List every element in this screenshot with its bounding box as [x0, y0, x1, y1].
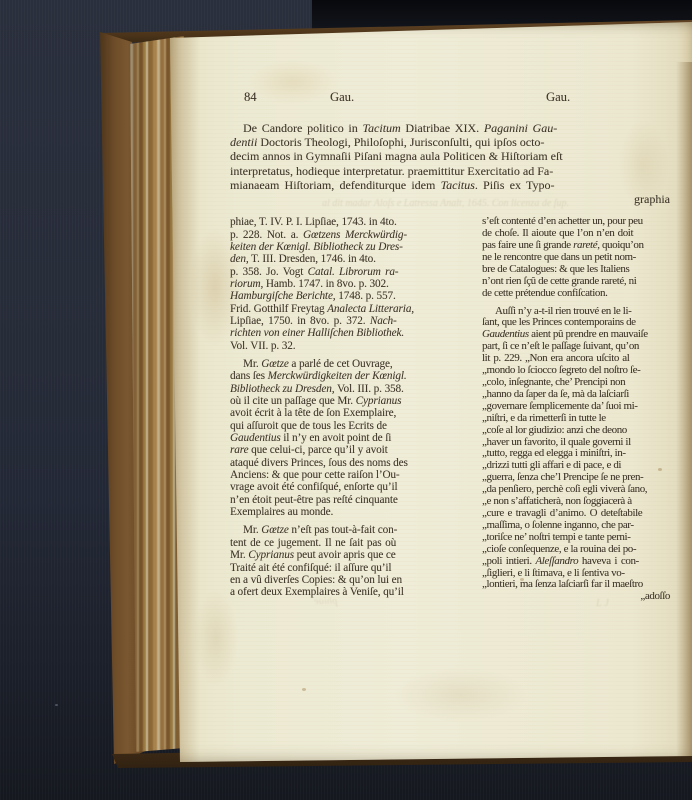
- two-column-text: phiae, T. IV. P. I. Lipſiae, 1743. in 4t…: [230, 216, 682, 603]
- paragraph: De Candore politico in Tacitum Diatribae…: [230, 121, 682, 206]
- text-line-content: Hamburgiſche Berichte, 1748. p. 557.: [230, 290, 396, 302]
- text-line-content: de cette prétendue confiſcation.: [482, 287, 607, 299]
- paragraph: Mr. Gœtze n’eſt pas tout-à-fait con-tent…: [230, 524, 470, 598]
- text-line-content: „tutto, regga ed elegga i miniſtri, in-: [482, 447, 626, 459]
- text-line-content: ſant, que les Princes contemporains de: [482, 316, 636, 328]
- text-line-content: „poli intieri. Aleſſandro haveva i con-: [482, 555, 639, 567]
- text-line: Vol. VII. p. 32.: [230, 340, 470, 352]
- text-line-content: bre de Catalogues: & que les Italiens: [482, 263, 629, 275]
- text-line-content: decim annos in Gymnaſii Piſani magna aul…: [230, 149, 563, 163]
- text-line-content: Vol. VII. p. 32.: [230, 340, 295, 352]
- text-line: dans ſes Merckwürdigkeiten der Kœnigl.: [230, 370, 470, 382]
- text-line: p. 228. Not. a. Gœtzens Merckwürdig-: [230, 229, 470, 241]
- text-line-content: Lipſiae, 1750. in 8vo. p. 372. Nach-: [230, 315, 397, 327]
- text-line: Exemplaires au monde.: [230, 506, 470, 518]
- text-line: p. 358. Jo. Vogt Catal. Librorum ra-: [230, 266, 470, 278]
- text-line: keiten der Kœnigl. Bibliotheck zu Dres-: [230, 241, 470, 253]
- text-line-content: „e non s’affaticherà, non ſoggiacerà à: [482, 495, 632, 507]
- text-line: Frid. Gotthilf Freytag Analecta Litterar…: [230, 303, 470, 315]
- text-line: Mr. Gœtze n’eſt pas tout-à-fait con-: [230, 524, 470, 536]
- text-line: Gaudentius il n’y en avoit point de ſi: [230, 432, 470, 444]
- text-line-content: lit p. 229. „Non era ancora uſcito al: [482, 352, 629, 364]
- text-line: Hamburgiſche Berichte, 1748. p. 557.: [230, 290, 470, 302]
- text-line-content: „niſtri, e da rimetterſi in tutte le: [482, 412, 606, 424]
- text-line-content: riorum, Hamb. 1747. in 8vo. p. 302.: [230, 278, 389, 290]
- text-line-content: Mr. Gœtze a parlé de cet Ouvrage,: [243, 358, 393, 370]
- text-line-content: ataqué divers Princes, ſous des noms des: [230, 457, 408, 469]
- text-line: de cette prétendue confiſcation.: [482, 288, 682, 300]
- text-line-content: „ſiglieri, e li ſtimava, e li ſentiva vo…: [482, 567, 625, 579]
- page-header: 84 Gau. Gau.: [230, 90, 682, 104]
- text-line: „adoſſo: [482, 591, 682, 603]
- text-line: tent de ce jugement. Il ne ſait pas où: [230, 537, 470, 549]
- text-line-content: en a vû diverſes Copies: & qu’on lui en: [230, 574, 402, 586]
- text-line-content: „coſe al lor giudizio: anzi che deono: [482, 424, 627, 436]
- text-line-content: s’eſt contenté d’en achetter un, pour pe…: [482, 215, 643, 227]
- text-line-content: rare que celui-ci, parce qu’il y avoit: [230, 444, 388, 456]
- text-line-content: De Candore politico in Tacitum Diatribae…: [243, 121, 557, 135]
- text-line-content: pas faire une ſi grande rareté, quoiqu’o…: [482, 239, 644, 251]
- paper-stain: [366, 656, 556, 734]
- text-line-content: dans ſes Merckwürdigkeiten der Kœnigl.: [230, 370, 407, 382]
- paragraph: s’eſt contenté d’en achetter un, pour pe…: [482, 216, 682, 299]
- text-line: dentii Doctoris Theologi, Philoſophi, Ju…: [230, 135, 682, 149]
- text-line-content: „guerra, ſenza che’l Prencipe ſe ne pren…: [482, 471, 643, 483]
- text-line-content: part, ſi ce n’eſt le paſſage ſuivant, qu…: [482, 340, 639, 352]
- text-line-content: Exemplaires au monde.: [230, 506, 333, 518]
- text-line-content: Gaudentius aient pû prendre en mauvaiſe: [482, 328, 648, 340]
- text-line-content: phiae, T. IV. P. I. Lipſiae, 1743. in 4t…: [230, 216, 397, 228]
- text-line-content: „hanno da ſaper da ſe, mà da laſciarſi: [482, 388, 629, 400]
- paragraph: phiae, T. IV. P. I. Lipſiae, 1743. in 4t…: [230, 216, 470, 352]
- text-line-content: qui aſſuroit que de tous les Ecrits de: [230, 420, 387, 432]
- paragraph: Mr. Gœtze a parlé de cet Ouvrage,dans ſe…: [230, 358, 470, 518]
- text-line: Bibliotheck zu Dresden, Vol. III. p. 358…: [230, 383, 470, 395]
- text-line-content: „governare ſemplicemente da’ ſuoi mi-: [482, 400, 638, 412]
- text-line: Anciens: & que pour cette raiſon l’Ou-: [230, 469, 470, 481]
- text-line: mianaeam Hiſtoriam, defenditurque idem T…: [230, 178, 682, 192]
- text-line: rare que celui-ci, parce qu’il y avoit: [230, 444, 470, 456]
- text-line: Traité ait été confiſqué: il aſſure qu’i…: [230, 562, 470, 574]
- text-line-content: Mr. Gœtze n’eſt pas tout-à-fait con-: [243, 524, 397, 536]
- text-line-content: interpretatus, hodieque interpretatur. p…: [230, 164, 553, 178]
- text-line-content: a ofert deux Exemplaires à Veniſe, qu’il: [230, 586, 404, 598]
- text-line-content: vrage avoit été confiſqué, enſorte qu’il: [230, 481, 397, 493]
- foxing-spot: [302, 688, 306, 691]
- text-line: qui aſſuroit que de tous les Ecrits de: [230, 420, 470, 432]
- text-line: den, T. III. Dresden, 1746. in 4to.: [230, 253, 470, 265]
- running-head-left: Gau.: [330, 90, 354, 104]
- text-line-content: tent de ce jugement. Il ne ſait pas où: [230, 537, 396, 549]
- text-line-content: de choſe. Il aioute que l’on n’en doit: [482, 227, 633, 239]
- text-line: n’en étoit peut-être pas reſté cinquante: [230, 494, 470, 506]
- text-line-content: n’en étoit peut-être pas reſté cinquante: [230, 494, 398, 506]
- intro-paragraph: De Candore politico in Tacitum Diatribae…: [230, 121, 682, 206]
- text-line-content: keiten der Kœnigl. Bibliotheck zu Dres-: [230, 241, 403, 253]
- text-line-content: où il cite un paſſage que Mr. Cyprianus: [230, 395, 401, 407]
- text-line-content: „mondo lo ſciocco ſegreto del noſtro ſe-: [482, 364, 640, 376]
- text-line-content: den, T. III. Dresden, 1746. in 4to.: [230, 253, 376, 265]
- right-column: s’eſt contenté d’en achetter un, pour pe…: [482, 216, 682, 603]
- text-line: vrage avoit été confiſqué, enſorte qu’il: [230, 481, 470, 493]
- text-line-content: „drizzi tutti gli affari e di pace, e di: [482, 459, 621, 471]
- text-line-content: Traité ait été confiſqué: il aſſure qu’i…: [230, 562, 391, 574]
- text-line-content: „haver un favorito, il quale governi il: [482, 436, 631, 448]
- text-line-content: mianaeam Hiſtoriam, defenditurque idem T…: [230, 178, 554, 192]
- text-line-content: „adoſſo: [640, 590, 670, 602]
- text-line: a ofert deux Exemplaires à Veniſe, qu’il: [230, 586, 470, 598]
- scanned-book-photo: al dit madar Aloſs e Latressa Analt, 164…: [0, 0, 692, 800]
- text-line-content: richten von einer Halliſchen Bibliothek.: [230, 327, 404, 339]
- text-line-content: „da penſiero, perchè coſi egli viverà ſa…: [482, 483, 647, 495]
- text-line: Mr. Cyprianus peut avoir apris que ce: [230, 549, 470, 561]
- text-line-content: graphia: [634, 192, 670, 206]
- text-line-content: Anciens: & que pour cette raiſon l’Ou-: [230, 469, 400, 481]
- text-line-content: Auſſi n’y a-t-il rien trouvé en le li-: [495, 305, 631, 317]
- text-line-content: p. 228. Not. a. Gœtzens Merckwürdig-: [230, 229, 407, 241]
- dust-speck: [55, 704, 58, 706]
- text-line: graphia: [230, 192, 682, 206]
- text-line-content: „cure e travagli d’animo. O deteſtabile: [482, 507, 642, 519]
- text-line: Lipſiae, 1750. in 8vo. p. 372. Nach-: [230, 315, 470, 327]
- text-line-content: „toriſce ne’ noſtri tempi e tante perni-: [482, 531, 630, 543]
- text-line: avoit écrit à la tête de ſon Exemplaire,: [230, 407, 470, 419]
- text-line: ataqué divers Princes, ſous des noms des: [230, 457, 470, 469]
- left-column: phiae, T. IV. P. I. Lipſiae, 1743. in 4t…: [230, 216, 470, 598]
- text-line-content: Mr. Cyprianus peut avoir apris que ce: [230, 549, 396, 561]
- page-text: 84 Gau. Gau. De Candore politico in Taci…: [230, 90, 682, 603]
- text-line-content: Frid. Gotthilf Freytag Analecta Litterar…: [230, 303, 414, 315]
- text-line-content: dentii Doctoris Theologi, Philoſophi, Ju…: [230, 135, 544, 149]
- text-line-content: p. 358. Jo. Vogt Catal. Librorum ra-: [230, 266, 398, 278]
- text-line-content: Bibliotheck zu Dresden, Vol. III. p. 358…: [230, 383, 404, 395]
- text-line-content: „lontieri, ma ſenza laſciarſi far il mae…: [482, 578, 643, 590]
- text-line: en a vû diverſes Copies: & qu’on lui en: [230, 574, 470, 586]
- text-line: riorum, Hamb. 1747. in 8vo. p. 302.: [230, 278, 470, 290]
- paragraph: Auſſi n’y a-t-il rien trouvé en le li-ſa…: [482, 306, 682, 604]
- text-line: phiae, T. IV. P. I. Lipſiae, 1743. in 4t…: [230, 216, 470, 228]
- page-number: 84: [244, 90, 257, 104]
- text-line: De Candore politico in Tacitum Diatribae…: [230, 121, 682, 135]
- text-line: où il cite un paſſage que Mr. Cyprianus: [230, 395, 470, 407]
- running-head-right: Gau.: [546, 90, 570, 104]
- text-line-content: „cioſe conſequenze, e la rouina dei po-: [482, 543, 636, 555]
- text-line-content: n’ont rien ſçû de cette grande rareté, n…: [482, 275, 636, 287]
- text-line-content: avoit écrit à la tête de ſon Exemplaire,: [230, 407, 396, 419]
- text-line-content: „colo, inſegnante, che’ Prencipi non: [482, 376, 625, 388]
- text-line-content: Gaudentius il n’y en avoit point de ſi: [230, 432, 391, 444]
- text-line: decim annos in Gymnaſii Piſani magna aul…: [230, 149, 682, 163]
- text-line-content: ne le rencontre que dans un petit nom-: [482, 251, 636, 263]
- text-line: Mr. Gœtze a parlé de cet Ouvrage,: [230, 358, 470, 370]
- text-line: interpretatus, hodieque interpretatur. p…: [230, 164, 682, 178]
- text-line: richten von einer Halliſchen Bibliothek.: [230, 327, 470, 339]
- text-line-content: „maſſima, o ſolenne inganno, che par-: [482, 519, 634, 531]
